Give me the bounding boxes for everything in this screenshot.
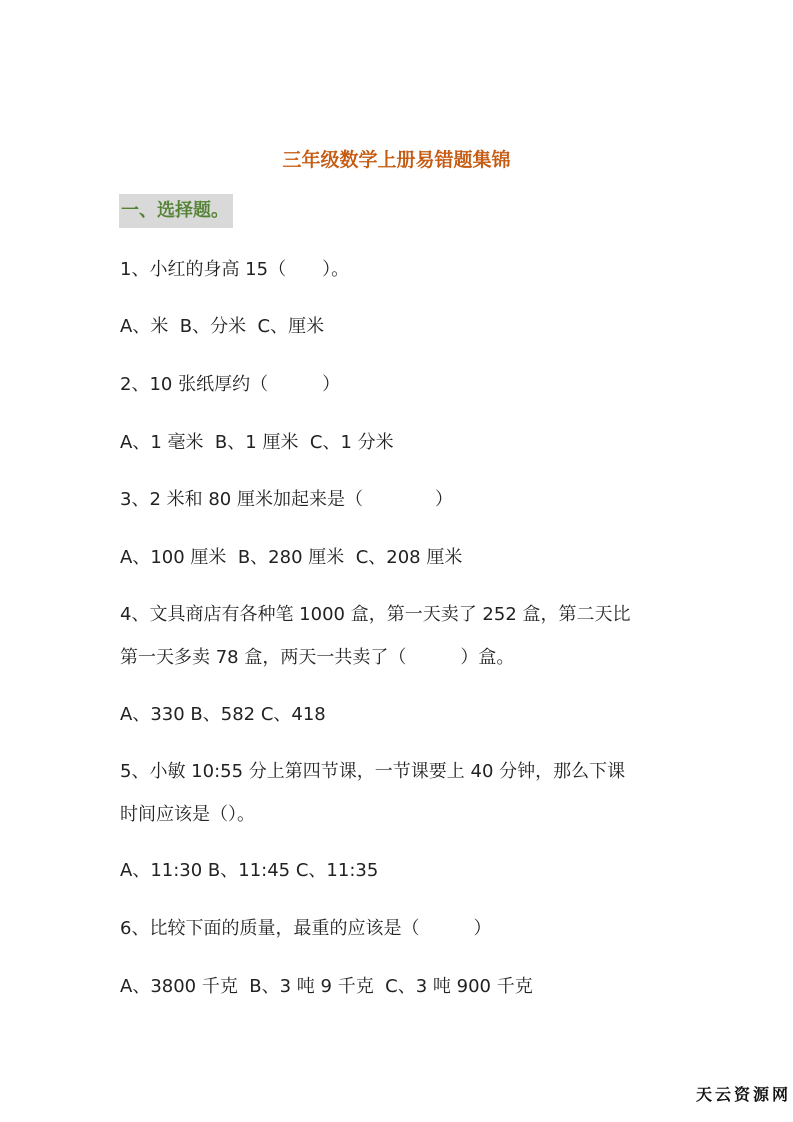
- question-1-options: A、米 B、分米 C、厘米: [120, 314, 324, 340]
- question-5-stem-line-1: 5、小敏 10:55 分上第四节课，一节课要上 40 分钟，那么下课: [120, 759, 625, 785]
- question-3-options: A、100 厘米 B、280 厘米 C、208 厘米: [120, 545, 462, 571]
- question-4-options: A、330 B、582 C、418: [120, 702, 326, 728]
- question-6-options: A、3800 千克 B、3 吨 9 千克 C、3 吨 900 千克: [120, 974, 533, 1000]
- question-4-stem-line-2: 第一天多卖 78 盒，两天一共卖了（ ）盒。: [120, 645, 514, 671]
- question-3-stem: 3、2 米和 80 厘米加起来是（ ）: [120, 487, 453, 513]
- question-1-stem: 1、小红的身高 15（ ）。: [120, 257, 349, 283]
- question-5-stem-line-2: 时间应该是（）。: [120, 802, 255, 828]
- question-6-stem: 6、比较下面的质量，最重的应该是（ ）: [120, 916, 491, 942]
- document-page: 三年级数学上册易错题集锦 一、选择题。 1、小红的身高 15（ ）。 A、米 B…: [0, 0, 793, 1122]
- section-heading-multiple-choice: 一、选择题。: [119, 194, 233, 228]
- question-5-options: A、11:30 B、11:45 C、11:35: [120, 858, 378, 884]
- question-4-stem-line-1: 4、文具商店有各种笔 1000 盒，第一天卖了 252 盒，第二天比: [120, 602, 631, 628]
- watermark-logo: 天云资源网: [696, 1082, 791, 1105]
- document-title: 三年级数学上册易错题集锦: [0, 145, 793, 172]
- question-2-options: A、1 毫米 B、1 厘米 C、1 分米: [120, 430, 394, 456]
- question-2-stem: 2、10 张纸厚约（ ）: [120, 372, 340, 398]
